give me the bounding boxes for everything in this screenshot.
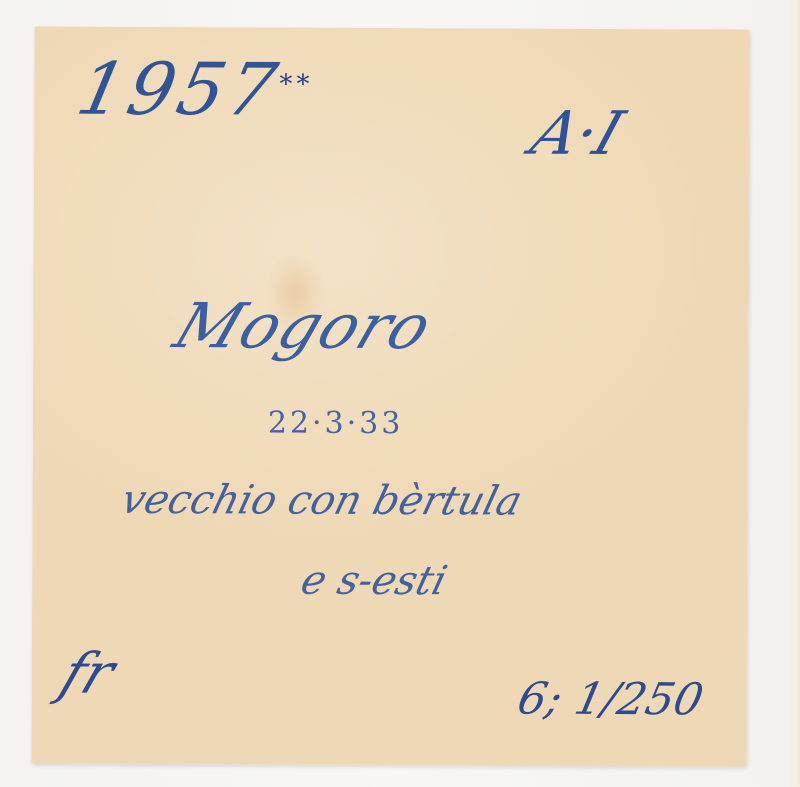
year-number: 1957 — [70, 47, 287, 132]
date: 22·3·33 — [268, 405, 404, 441]
photographer-initials: fr — [52, 642, 123, 707]
exposure-settings: 6; 1/250 — [513, 674, 708, 726]
adjacent-paper-edge — [790, 0, 800, 787]
catalog-code: A·I — [523, 99, 632, 169]
place-name: Mogoro — [165, 289, 443, 363]
description-line-1: vecchio con bèrtula — [117, 477, 527, 525]
paper-card: 1957 ** A·I Mogoro 22·3·33 vecchio con b… — [31, 26, 749, 766]
scene: 1957 ** A·I Mogoro 22·3·33 vecchio con b… — [0, 0, 800, 787]
star-marks-icon: ** — [279, 70, 313, 100]
description-line-2: e s-esti — [296, 558, 451, 605]
